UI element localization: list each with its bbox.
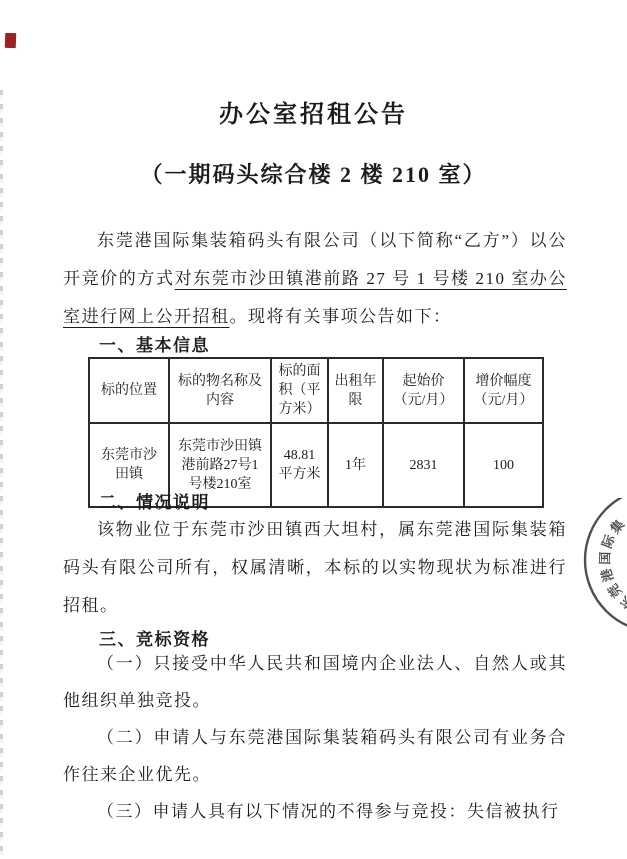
col-header-name: 标的物名称及内容 (169, 358, 271, 423)
col-header-start-price: 起始价（元/月） (383, 358, 464, 423)
scan-edge-noise (0, 90, 3, 859)
scanned-document-page: 办公室招租公告 （一期码头综合楼 2 楼 210 室） 东莞港国际集装箱码头有限… (0, 0, 627, 859)
cell-increment: 100 (464, 423, 543, 507)
cell-area: 48.81平方米 (271, 423, 328, 507)
intro-text-tail: 。现将有关事项公告如下： (230, 307, 452, 326)
red-corner-mark (5, 33, 17, 48)
cell-start-price: 2831 (383, 423, 464, 507)
col-header-location: 标的位置 (89, 358, 169, 423)
section1-heading: 一、基本信息 (99, 331, 210, 356)
seal-char: 国 (597, 551, 612, 565)
table-header-row: 标的位置 标的物名称及内容 标的面积（平方米） 出租年限 起始价（元/月） 增价… (89, 358, 543, 423)
section3-items: （一）只接受中华人民共和国境内企业法人、自然人或其他组织单独竞投。 （二）申请人… (63, 645, 567, 830)
basic-info-table: 标的位置 标的物名称及内容 标的面积（平方米） 出租年限 起始价（元/月） 增价… (88, 357, 544, 508)
company-seal-partial: 东 莞 港 国 际 集 (583, 498, 627, 628)
col-header-term: 出租年限 (328, 358, 383, 423)
seal-char: 港 (598, 567, 616, 584)
seal-char: 集 (607, 517, 627, 537)
intro-paragraph: 东莞港国际集装箱码头有限公司（以下简称“乙方”）以公开竞价的方式对东莞市沙田镇港… (63, 222, 567, 336)
qualification-item-3: （三）申请人具有以下情况的不得参与竞投：失信被执行 (63, 793, 567, 830)
col-header-increment: 增价幅度（元/月） (464, 358, 543, 423)
seal-char: 莞 (605, 581, 625, 600)
document-title: 办公室招租公告 (0, 94, 627, 129)
document-subtitle: （一期码头综合楼 2 楼 210 室） (0, 158, 627, 189)
cell-term: 1年 (328, 423, 383, 507)
section2-body: 该物业位于东莞市沙田镇西大坦村，属东莞港国际集装箱码头有限公司所有，权属清晰，本… (63, 511, 567, 625)
section2-heading: 二、情况说明 (99, 488, 210, 513)
qualification-item-2: （二）申请人与东莞港国际集装箱码头有限公司有业务合作往来企业优先。 (63, 719, 567, 793)
qualification-item-1: （一）只接受中华人民共和国境内企业法人、自然人或其他组织单独竞投。 (63, 645, 567, 719)
col-header-area: 标的面积（平方米） (271, 358, 328, 423)
